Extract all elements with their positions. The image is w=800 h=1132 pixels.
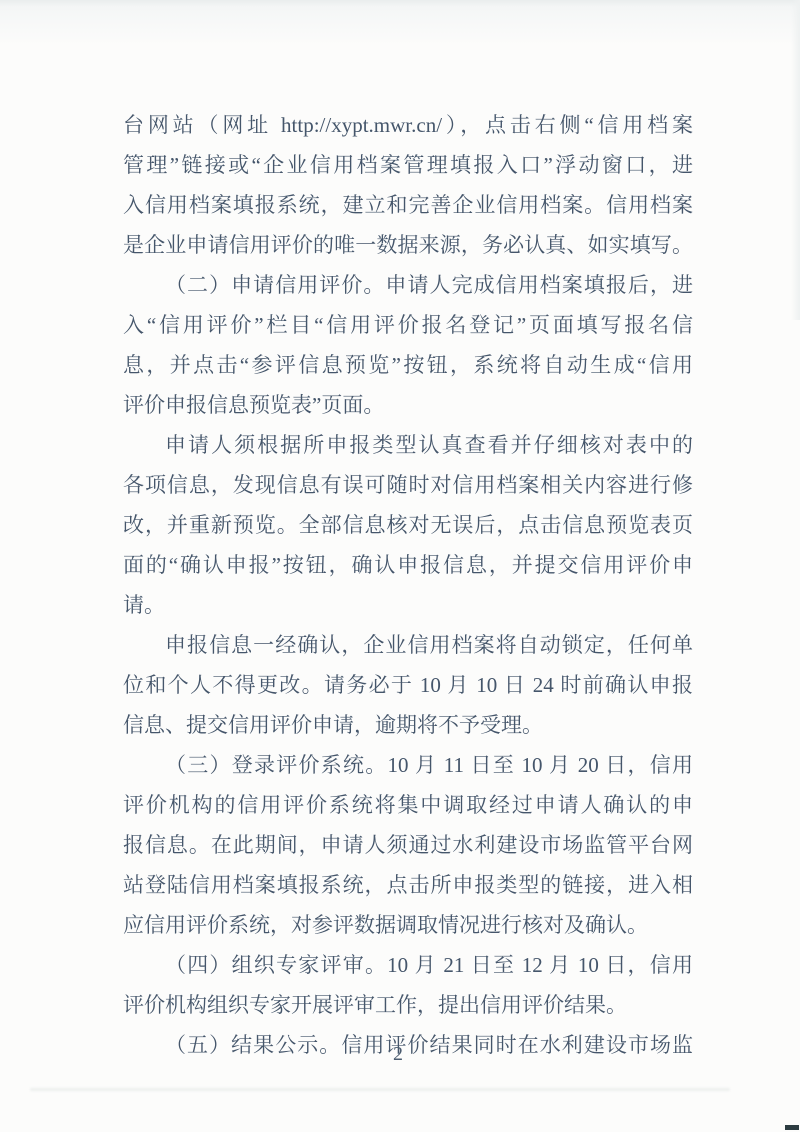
text-line: 各项信息，发现信息有误可随时对信用档案相关内容进行修 [123,465,693,505]
text-line: 入信用档案填报系统，建立和完善企业信用档案。信用档案 [123,185,693,225]
text-line: 位和个人不得更改。请务必于 10 月 10 日 24 时前确认申报 [123,665,693,705]
text-line: 申请人须根据所申报类型认真查看并仔细核对表中的 [123,425,693,465]
text-line: 是企业申请信用评价的唯一数据来源，务必认真、如实填写。 [123,225,693,265]
text-line: 申报信息一经确认，企业信用档案将自动锁定，任何单 [123,625,693,665]
text-line: 报信息。在此期间，申请人须通过水利建设市场监管平台网 [123,825,693,865]
text-line: （三）登录评价系统。10 月 11 日至 10 月 20 日，信用 [123,745,693,785]
text-line: 评价机构组织专家开展评审工作，提出信用评价结果。 [123,985,693,1025]
scanned-document-page: 台网站（网址 http://xypt.mwr.cn/），点击右侧“信用档案管理”… [0,0,800,1132]
text-line: 应信用评价系统，对参评数据调取情况进行核对及确认。 [123,905,693,945]
scan-top-shade [0,0,800,48]
text-line: 信息、提交信用评价申请，逾期将不予受理。 [123,705,693,745]
text-line: 息，并点击“参评信息预览”按钮，系统将自动生成“信用 [123,345,693,385]
text-line: 评价申报信息预览表”页面。 [123,385,693,425]
text-line: （四）组织专家评审。10 月 21 日至 12 月 10 日，信用 [123,945,693,985]
scan-right-edge-shade [790,0,800,320]
text-line: 管理”链接或“企业信用档案管理填报入口”浮动窗口，进 [123,145,693,185]
page-bleed-smudge [30,1088,730,1091]
page-number: 2 [0,1040,796,1068]
text-line: 站登陆信用档案填报系统，点击所申报类型的链接，进入相 [123,865,693,905]
text-line: 请。 [123,585,693,625]
text-line: 改，并重新预览。全部信息核对无误后，点击信息预览表页 [123,505,693,545]
text-line: 入“信用评价”栏目“信用评价报名登记”页面填写报名信 [123,305,693,345]
scan-corner-mark [785,1125,799,1130]
body-text: 台网站（网址 http://xypt.mwr.cn/），点击右侧“信用档案管理”… [123,105,693,1065]
text-line: 台网站（网址 http://xypt.mwr.cn/），点击右侧“信用档案 [123,105,693,145]
text-line: 评价机构的信用评价系统将集中调取经过申请人确认的申 [123,785,693,825]
text-line: 面的“确认申报”按钮，确认申报信息，并提交信用评价申 [123,545,693,585]
text-line: （二）申请信用评价。申请人完成信用档案填报后，进 [123,265,693,305]
